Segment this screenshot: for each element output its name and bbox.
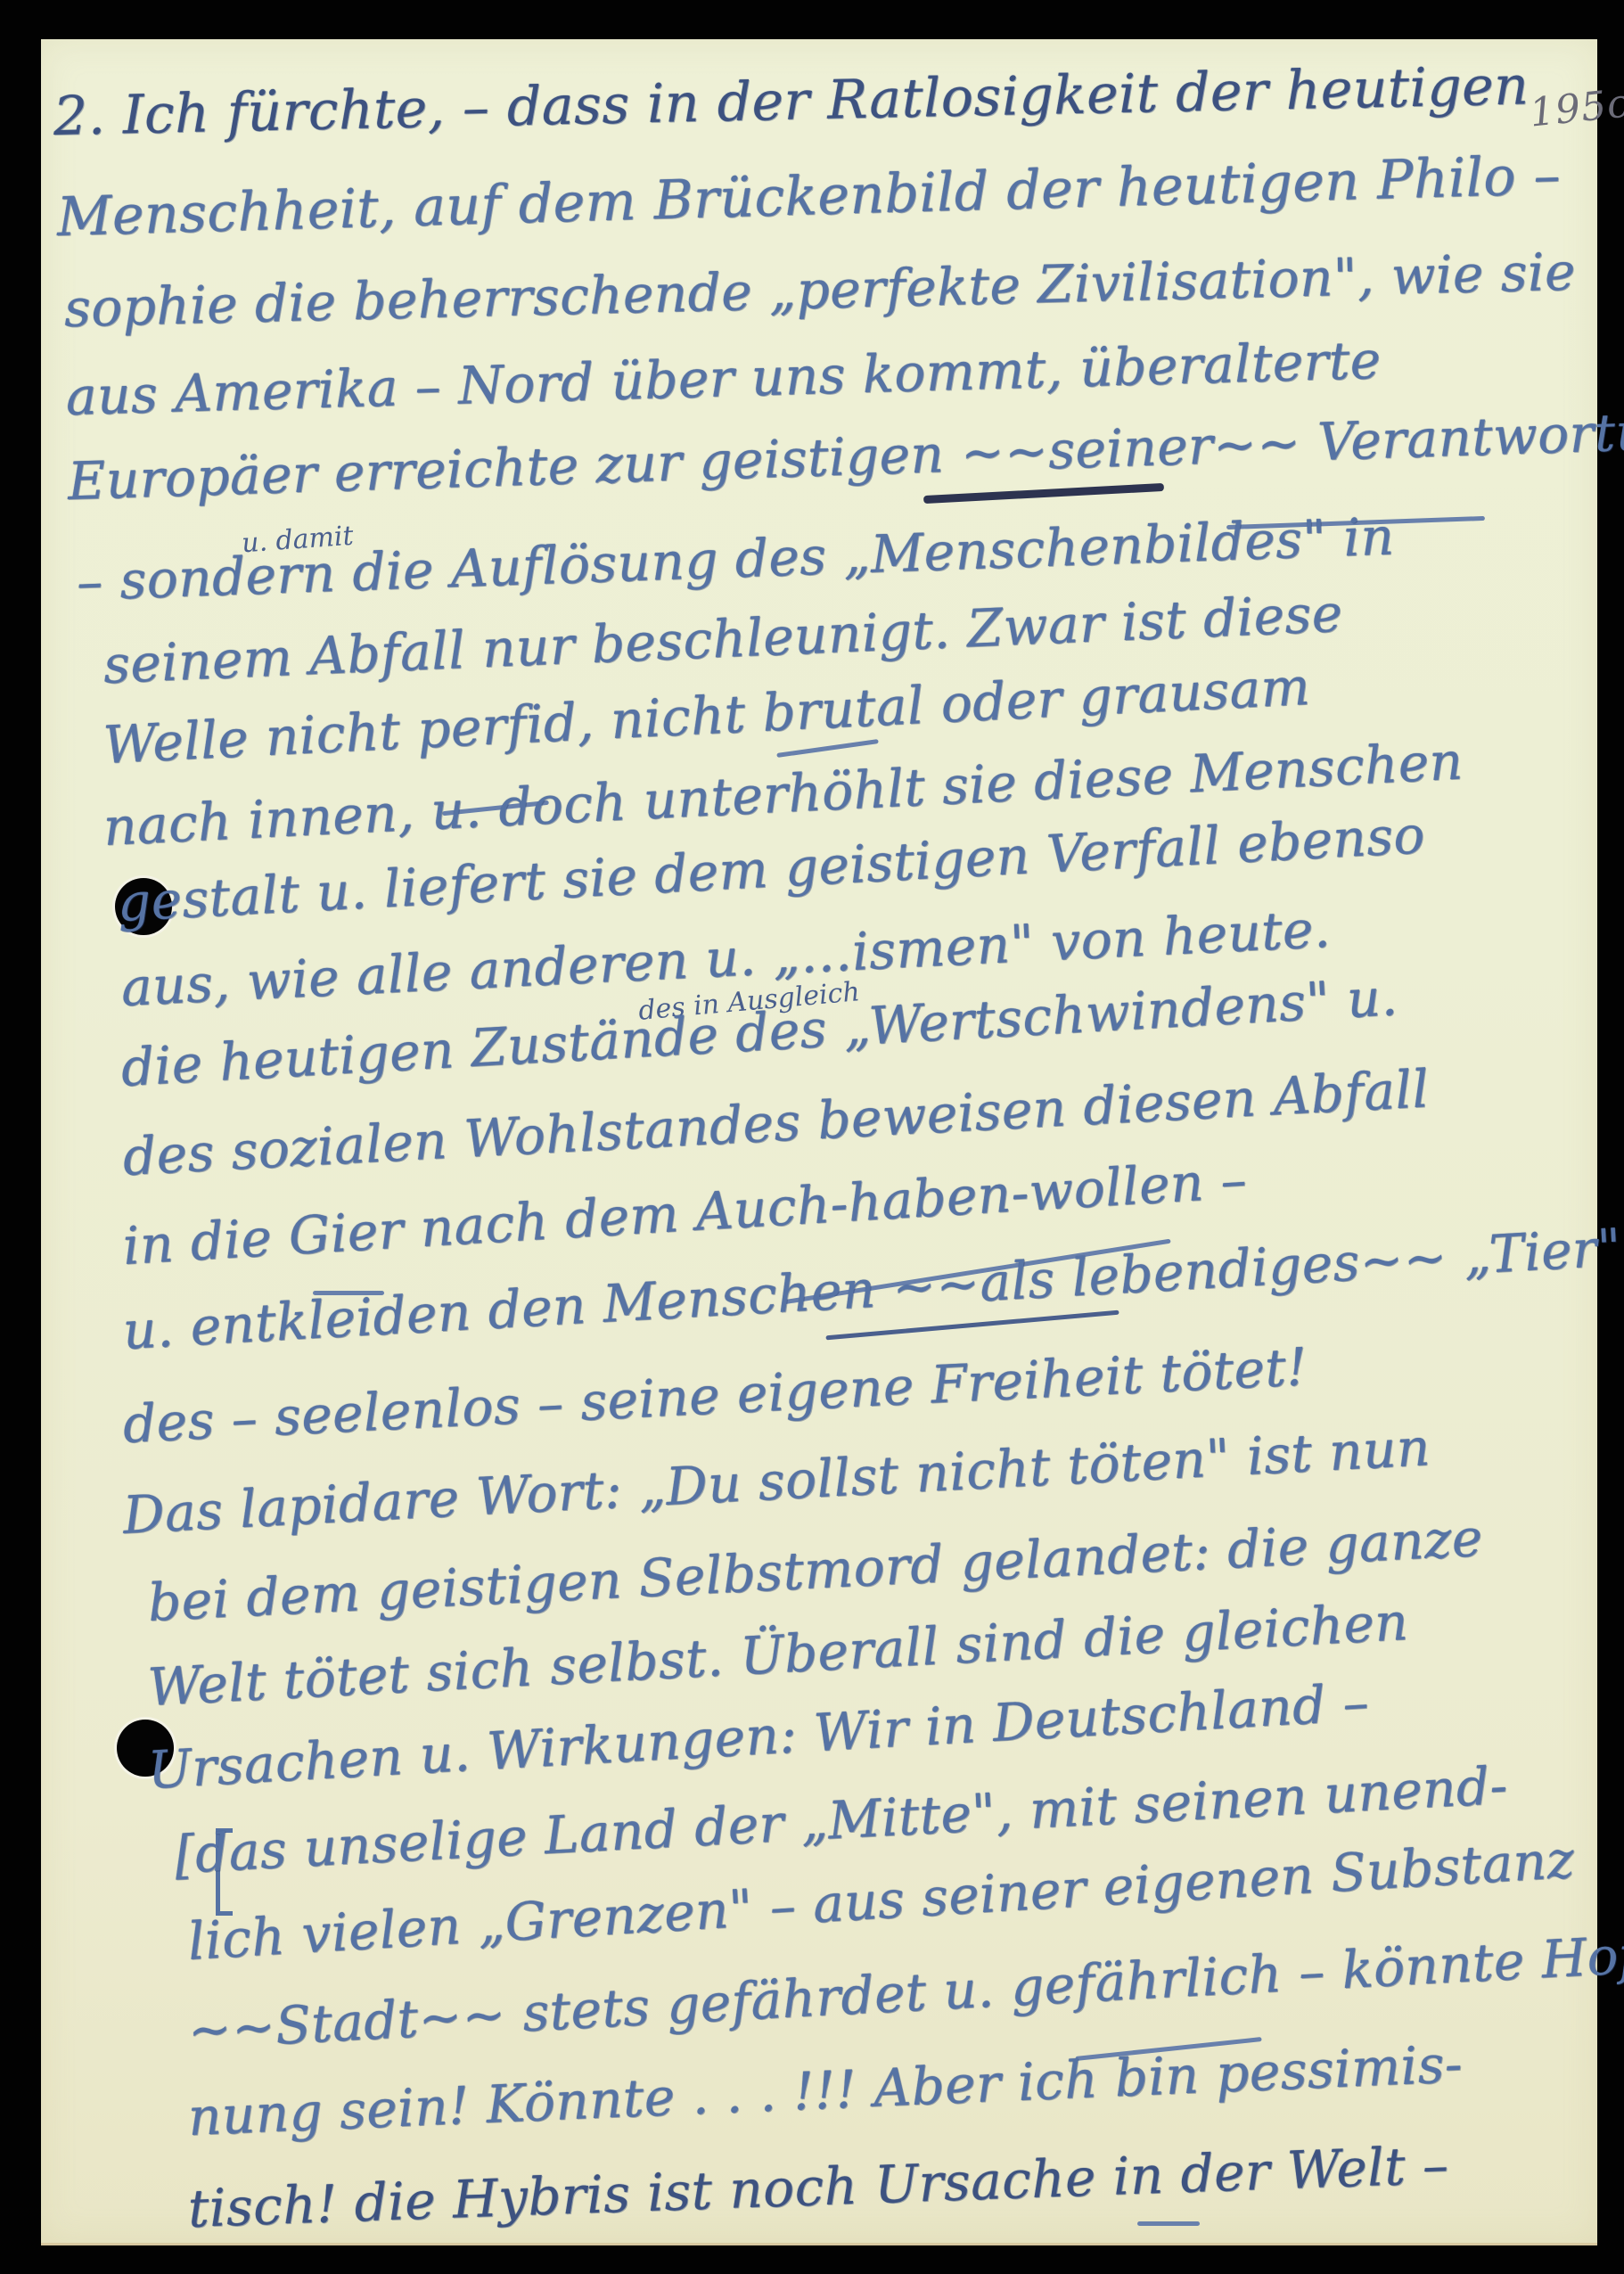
handwritten-line-1: 2. Ich fürchte, – dass in der Ratlosigke… bbox=[53, 54, 1530, 148]
manuscript-page: 195c 2. Ich fürchte, – dass in der Ratlo… bbox=[41, 39, 1597, 2245]
strikethrough-mark bbox=[923, 483, 1164, 504]
handwritten-line-4: aus Amerika – Nord über uns kommt, übera… bbox=[65, 330, 1382, 427]
handwritten-line-3: sophie die beherrschende „perfekte Zivil… bbox=[63, 242, 1576, 339]
handwritten-line-25: tisch! die Hybris ist noch Ursache in de… bbox=[187, 2135, 1450, 2239]
underline-mark bbox=[1137, 2221, 1200, 2226]
scanned-document: 195c 2. Ich fürchte, – dass in der Ratlo… bbox=[0, 0, 1624, 2274]
handwritten-line-2: Menschheit, auf dem Brückenbild der heut… bbox=[56, 144, 1562, 249]
page-number: 195c bbox=[1528, 80, 1624, 135]
